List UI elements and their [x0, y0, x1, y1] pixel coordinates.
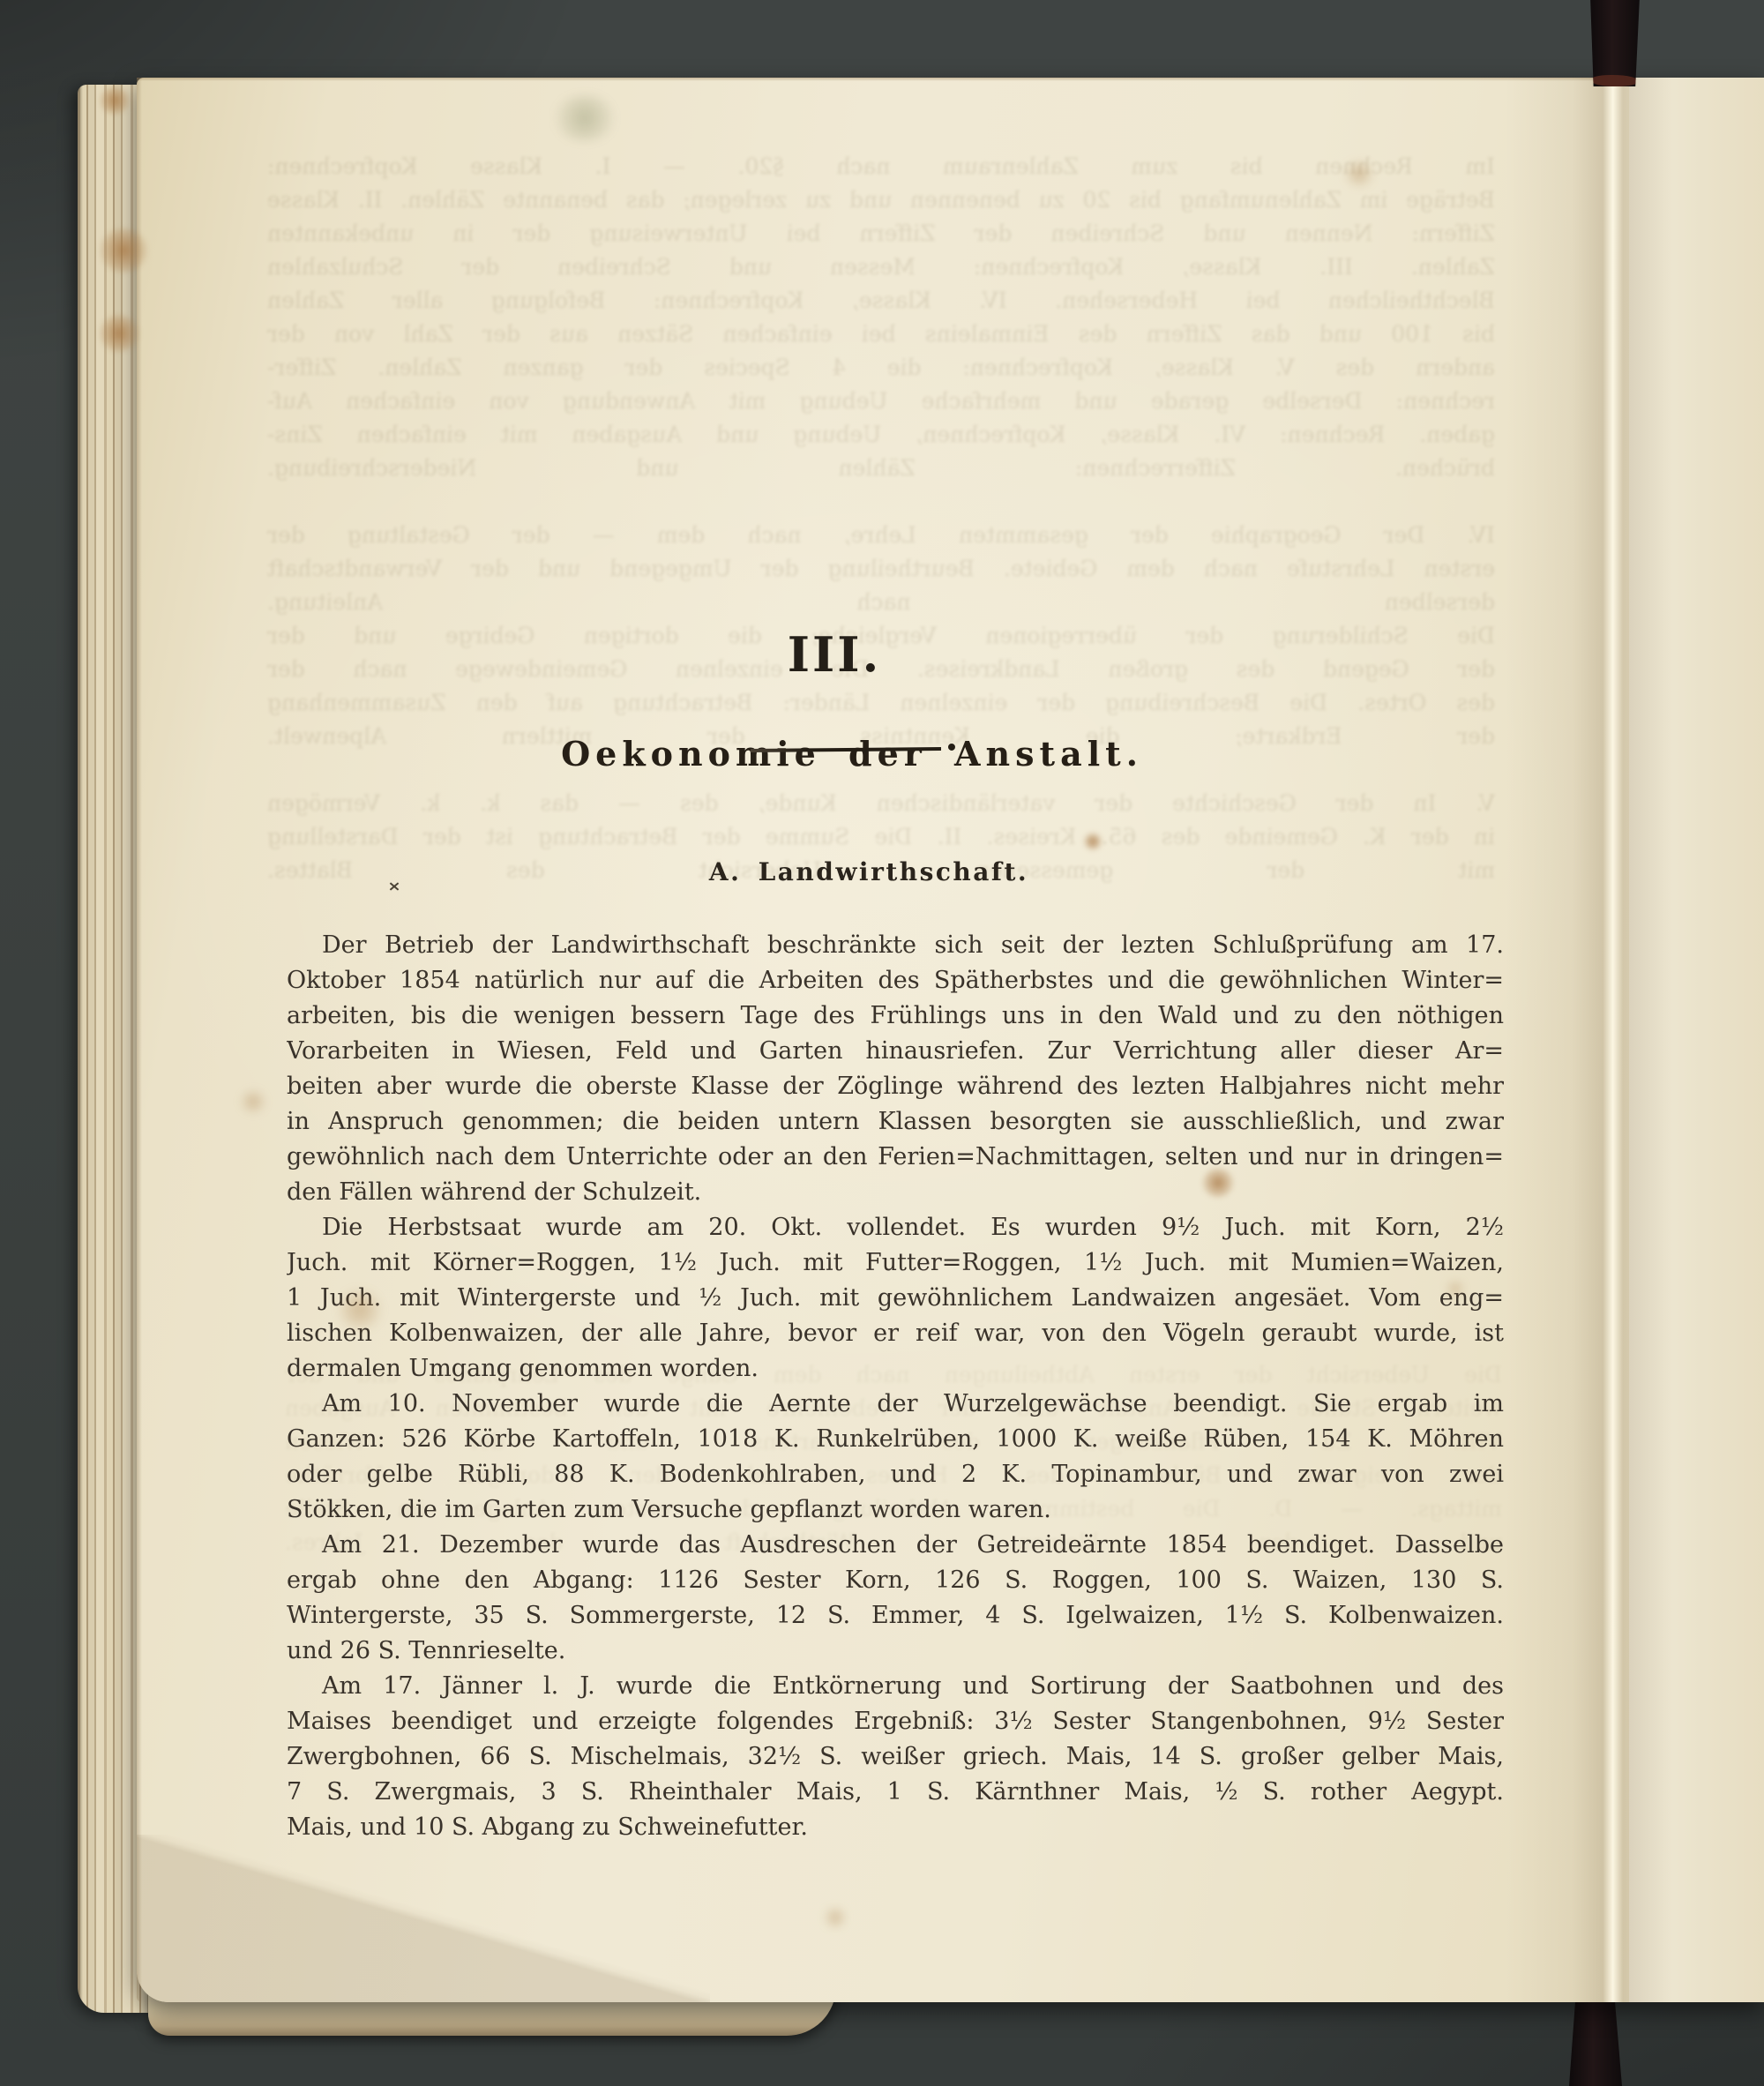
- body-line: in Anspruch genommen; die beiden untern …: [287, 1104, 1504, 1140]
- body-line: Die Herbstsaat wurde am 20. Okt. vollend…: [287, 1210, 1504, 1245]
- body-line: 7 S. Zwergmais, 3 S. Rheinthaler Mais, 1…: [287, 1775, 1504, 1810]
- body-line: lischen Kolbenwaizen, der alle Jahre, be…: [287, 1316, 1504, 1351]
- body-line: Oktober 1854 natürlich nur auf die Arbei…: [287, 963, 1504, 998]
- body-line: Am 21. Dezember wurde das Ausdreschen de…: [287, 1528, 1504, 1563]
- body-line: dermalen Umgang genommen worden.: [287, 1351, 1504, 1387]
- body-line: beiten aber wurde die oberste Klasse der…: [287, 1069, 1504, 1104]
- chapter-title: Oekonomie der Anstalt.: [499, 734, 1205, 774]
- body-line: Am 10. November wurde die Aernte der Wur…: [287, 1387, 1504, 1422]
- body-line: Wintergerste, 35 S. Sommergerste, 12 S. …: [287, 1598, 1504, 1634]
- body-line: Vorarbeiten in Wiesen, Feld und Garten h…: [287, 1034, 1504, 1069]
- body-line: gewöhnlich nach dem Unterrichte oder an …: [287, 1140, 1504, 1175]
- body-line: Ganzen: 526 Körbe Kartoffeln, 1018 K. Ru…: [287, 1422, 1504, 1457]
- body-line: den Fällen während der Schulzeit.: [287, 1175, 1504, 1210]
- ink-speck: [389, 881, 400, 892]
- chapter-number: III.: [658, 626, 1011, 683]
- body-line: oder gelbe Rübli, 88 K. Bodenkohlraben, …: [287, 1457, 1504, 1492]
- body-line: Stökken, die im Garten zum Versuche gepf…: [287, 1492, 1504, 1528]
- section-heading: A. Landwirthschaft.: [516, 857, 1222, 886]
- body-line: Am 17. Jänner l. J. wurde die Entkörneru…: [287, 1669, 1504, 1704]
- body-line: Der Betrieb der Landwirthschaft beschrän…: [287, 928, 1504, 963]
- body-line: und 26 S. Tennrieselte.: [287, 1634, 1504, 1669]
- body-line: Maises beendiget und erzeigte folgendes …: [287, 1704, 1504, 1739]
- bookmark-ribbon-top: [1589, 0, 1641, 86]
- body-line: ergab ohne den Abgang: 1126 Sester Korn,…: [287, 1563, 1504, 1598]
- book-page: Im Rechnen bis zum Zahlenraum nach §20. …: [137, 78, 1764, 2002]
- body-line: Mais, und 10 S. Abgang zu Schweinefutter…: [287, 1810, 1504, 1845]
- page-gutter-crease: [1506, 78, 1673, 2002]
- body-line: 1 Juch. mit Wintergerste und ½ Juch. mit…: [287, 1281, 1504, 1316]
- body-line: Juch. mit Körner=Roggen, 1½ Juch. mit Fu…: [287, 1245, 1504, 1281]
- scanned-book-page: Im Rechnen bis zum Zahlenraum nach §20. …: [0, 0, 1764, 2086]
- body-line: Zwergbohnen, 66 S. Mischelmais, 32½ S. w…: [287, 1739, 1504, 1775]
- body-line: arbeiten, bis die wenigen bessern Tage d…: [287, 998, 1504, 1034]
- body-text: Der Betrieb der Landwirthschaft beschrän…: [287, 928, 1504, 1845]
